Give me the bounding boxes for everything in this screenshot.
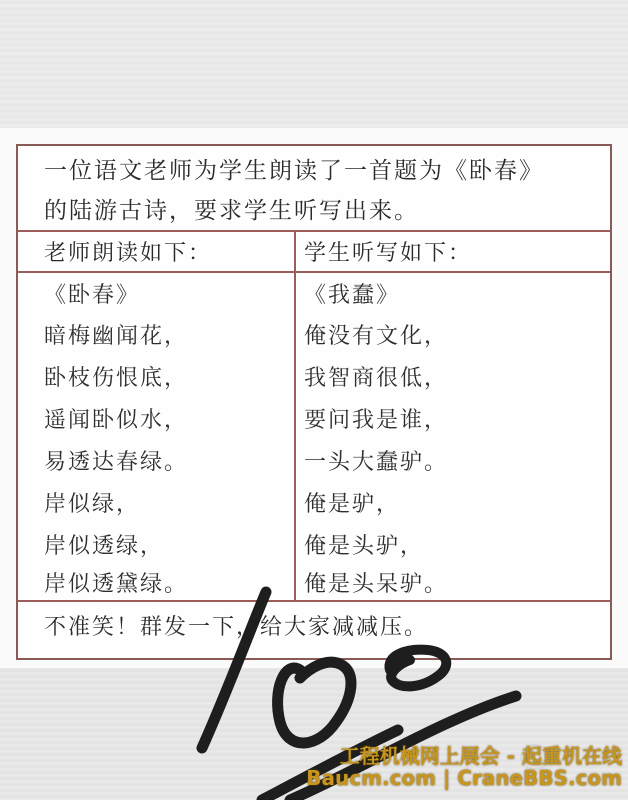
intro-line-1: 一位语文老师为学生朗读了一首题为《卧春》	[44, 152, 544, 185]
student-poem-line: 我智商很低，	[304, 361, 448, 392]
student-poem-title: 《我蠢》	[304, 278, 400, 309]
student-header: 学生听写如下：	[304, 236, 472, 267]
top-background	[0, 0, 628, 128]
student-poem-line: 俺没有文化，	[304, 319, 448, 350]
watermark-line-2: Baucm.com | CraneBBS.com	[306, 766, 622, 790]
poem-table: 一位语文老师为学生朗读了一首题为《卧春》 的陆游古诗，要求学生听写出来。 老师朗…	[16, 144, 612, 660]
footer-divider	[18, 600, 610, 602]
teacher-header: 老师朗读如下：	[44, 236, 212, 267]
header-divider	[18, 271, 610, 273]
intro-divider	[18, 230, 610, 232]
teacher-poem-title: 《卧春》	[44, 278, 140, 309]
teacher-poem-line: 卧枝伤恨底，	[44, 361, 188, 392]
teacher-poem-line: 岸似绿，	[44, 487, 140, 518]
teacher-poem-line: 易透达春绿。	[44, 445, 188, 476]
student-poem-line: 俺是头呆驴。	[304, 567, 448, 598]
student-poem-line: 俺是驴，	[304, 487, 400, 518]
teacher-poem-line: 岸似透绿，	[44, 529, 164, 560]
column-divider	[294, 230, 296, 602]
student-poem-line: 要问我是谁，	[304, 403, 448, 434]
teacher-poem-line: 暗梅幽闻花，	[44, 319, 188, 350]
teacher-poem-line: 遥闻卧似水，	[44, 403, 188, 434]
teacher-poem-line: 岸似透黛绿。	[44, 567, 188, 598]
student-poem-line: 俺是头驴，	[304, 529, 424, 560]
student-poem-line: 一头大蠢驴。	[304, 445, 448, 476]
intro-line-2: 的陆游古诗，要求学生听写出来。	[44, 192, 419, 225]
watermark-line-1: 工程机械网上展会 - 起重机在线	[340, 740, 622, 769]
footer-text: 不准笑！群发一下，给大家减减压。	[44, 610, 428, 641]
